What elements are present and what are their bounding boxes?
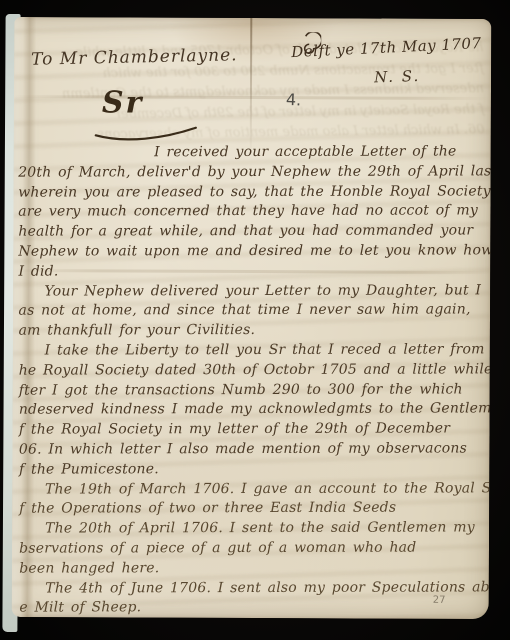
body-line: wherein you are pleased to say, that the… (18, 182, 486, 203)
body-line: as not at home, and since that time I ne… (19, 301, 487, 322)
body-line: been hanged here. (19, 558, 487, 579)
salutation-text: Sr (102, 85, 144, 120)
letter-body: I received your acceptable Letter of the… (18, 142, 487, 618)
body-line: The 20th of April 1706. I sent to the sa… (19, 519, 487, 540)
body-line: 06. In which letter I also made mention … (19, 439, 487, 460)
body-line: 20th of March, deliver'd by your Nephew … (18, 162, 486, 183)
body-line: am thankfull for your Civilities. (19, 321, 487, 342)
photo-background: he Royall Society dated 30th of Octobr 1… (0, 0, 510, 640)
page-number-pencil: 27 (433, 595, 446, 606)
salutation: Sr (102, 85, 144, 120)
body-line: f the Royal Society in my letter of the … (19, 420, 487, 441)
body-line: ndeserved kindness I made my acknowledgm… (19, 400, 487, 421)
body-line: health for a great while, and that you h… (18, 222, 486, 243)
body-line: bservations of a piece of a gut of a wom… (19, 538, 487, 559)
body-line: e Milt of Sheep. (19, 598, 487, 619)
body-line: The 4th of June 1706. I sent also my poo… (19, 578, 487, 599)
body-line: Nephew to wait upon me and desired me to… (18, 241, 486, 262)
body-line: The 19th of March 1706. I gave an accoun… (19, 479, 487, 500)
body-line: he Royall Society dated 30th of Octobr 1… (19, 360, 487, 381)
body-line: f the Operations of two or three East In… (19, 499, 487, 520)
body-line: fter I got the transactions Numb 290 to … (19, 380, 487, 401)
archival-number-pencil: 4. (286, 90, 302, 110)
body-line: f the Pumicestone. (19, 459, 487, 480)
body-line: I did. (18, 261, 486, 282)
body-line: Your Nephew delivered your Letter to my … (18, 281, 486, 302)
body-line: I take the Liberty to tell you Sr that I… (19, 340, 487, 361)
calendar-style-note: N. S. (374, 67, 421, 86)
letter-page: he Royall Society dated 30th of Octobr 1… (12, 17, 492, 619)
body-line: I received your acceptable Letter of the (18, 142, 486, 163)
salutation-flourish-icon (92, 121, 202, 143)
body-line: are very much concerned that they have h… (18, 202, 486, 223)
